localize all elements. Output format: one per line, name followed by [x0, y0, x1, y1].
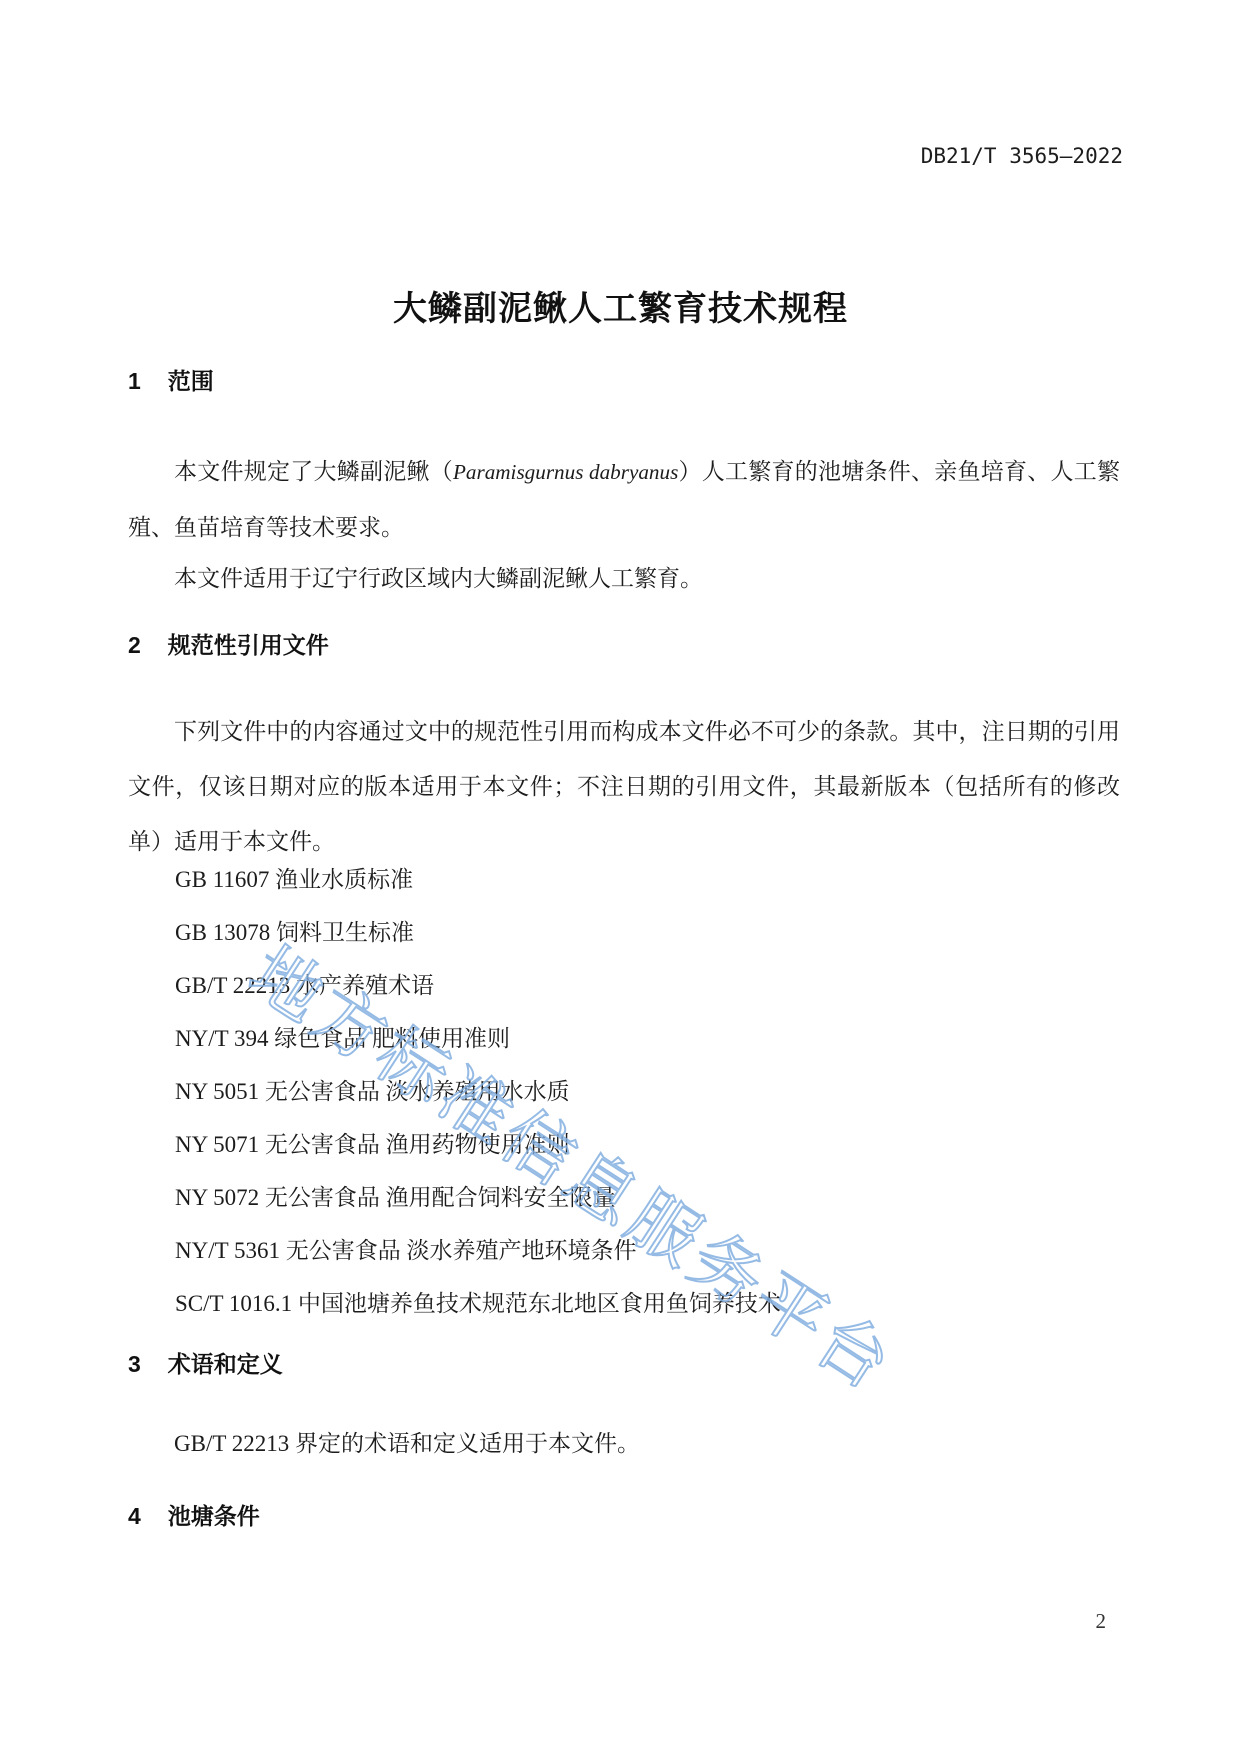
section-2-number: 2	[128, 630, 141, 660]
section-3-number: 3	[128, 1349, 141, 1379]
reference-item: NY/T 394 绿色食品 肥料使用准则	[128, 1012, 1120, 1065]
section-4-heading: 4池塘条件	[128, 1501, 260, 1531]
page-number: 2	[1096, 1608, 1107, 1634]
reference-item: GB 13078 饲料卫生标准	[128, 906, 1120, 959]
standard-code-header: DB21/T 3565—2022	[921, 143, 1123, 169]
reference-item: NY 5051 无公害食品 淡水养殖用水水质	[128, 1065, 1120, 1118]
section-3-title: 术语和定义	[168, 1351, 283, 1377]
section-2-heading: 2规范性引用文件	[128, 630, 329, 660]
section-4-number: 4	[128, 1501, 141, 1531]
reference-item: GB 11607 渔业水质标准	[128, 853, 1120, 906]
section-4-title: 池塘条件	[168, 1503, 260, 1529]
section-2-title: 规范性引用文件	[168, 632, 329, 658]
section-2-intro-paragraph: 下列文件中的内容通过文中的规范性引用而构成本文件必不可少的条款。其中，注日期的引…	[128, 704, 1120, 869]
document-title: 大鳞副泥鳅人工繁育技术规程	[0, 289, 1241, 329]
paragraph-text-prefix: 本文件规定了大鳞副泥鳅（	[174, 459, 453, 484]
section-3-paragraph-1: GB/T 22213 界定的术语和定义适用于本文件。	[128, 1416, 1120, 1471]
reference-item: NY 5071 无公害食品 渔用药物使用准则	[128, 1118, 1120, 1171]
reference-item: NY/T 5361 无公害食品 淡水养殖产地环境条件	[128, 1224, 1120, 1277]
section-1-number: 1	[128, 366, 141, 396]
normative-references-list: GB 11607 渔业水质标准 GB 13078 饲料卫生标准 GB/T 222…	[128, 853, 1120, 1330]
reference-item: SC/T 1016.1 中国池塘养鱼技术规范东北地区食用鱼饲养技术	[128, 1277, 1120, 1330]
document-page: 地方标准信息服务平台 DB21/T 3565—2022 大鳞副泥鳅人工繁育技术规…	[0, 0, 1241, 1754]
section-1-paragraph-1: 本文件规定了大鳞副泥鳅（Paramisgurnus dabryanus）人工繁育…	[128, 444, 1120, 555]
reference-item: GB/T 22213 水产养殖术语	[128, 959, 1120, 1012]
section-1-title: 范围	[168, 368, 214, 394]
section-3-heading: 3术语和定义	[128, 1349, 283, 1379]
section-1-paragraph-2: 本文件适用于辽宁行政区域内大鳞副泥鳅人工繁育。	[128, 551, 1120, 606]
reference-item: NY 5072 无公害食品 渔用配合饲料安全限量	[128, 1171, 1120, 1224]
species-latin-name: Paramisgurnus dabryanus	[453, 460, 678, 484]
section-1-heading: 1范围	[128, 366, 214, 396]
